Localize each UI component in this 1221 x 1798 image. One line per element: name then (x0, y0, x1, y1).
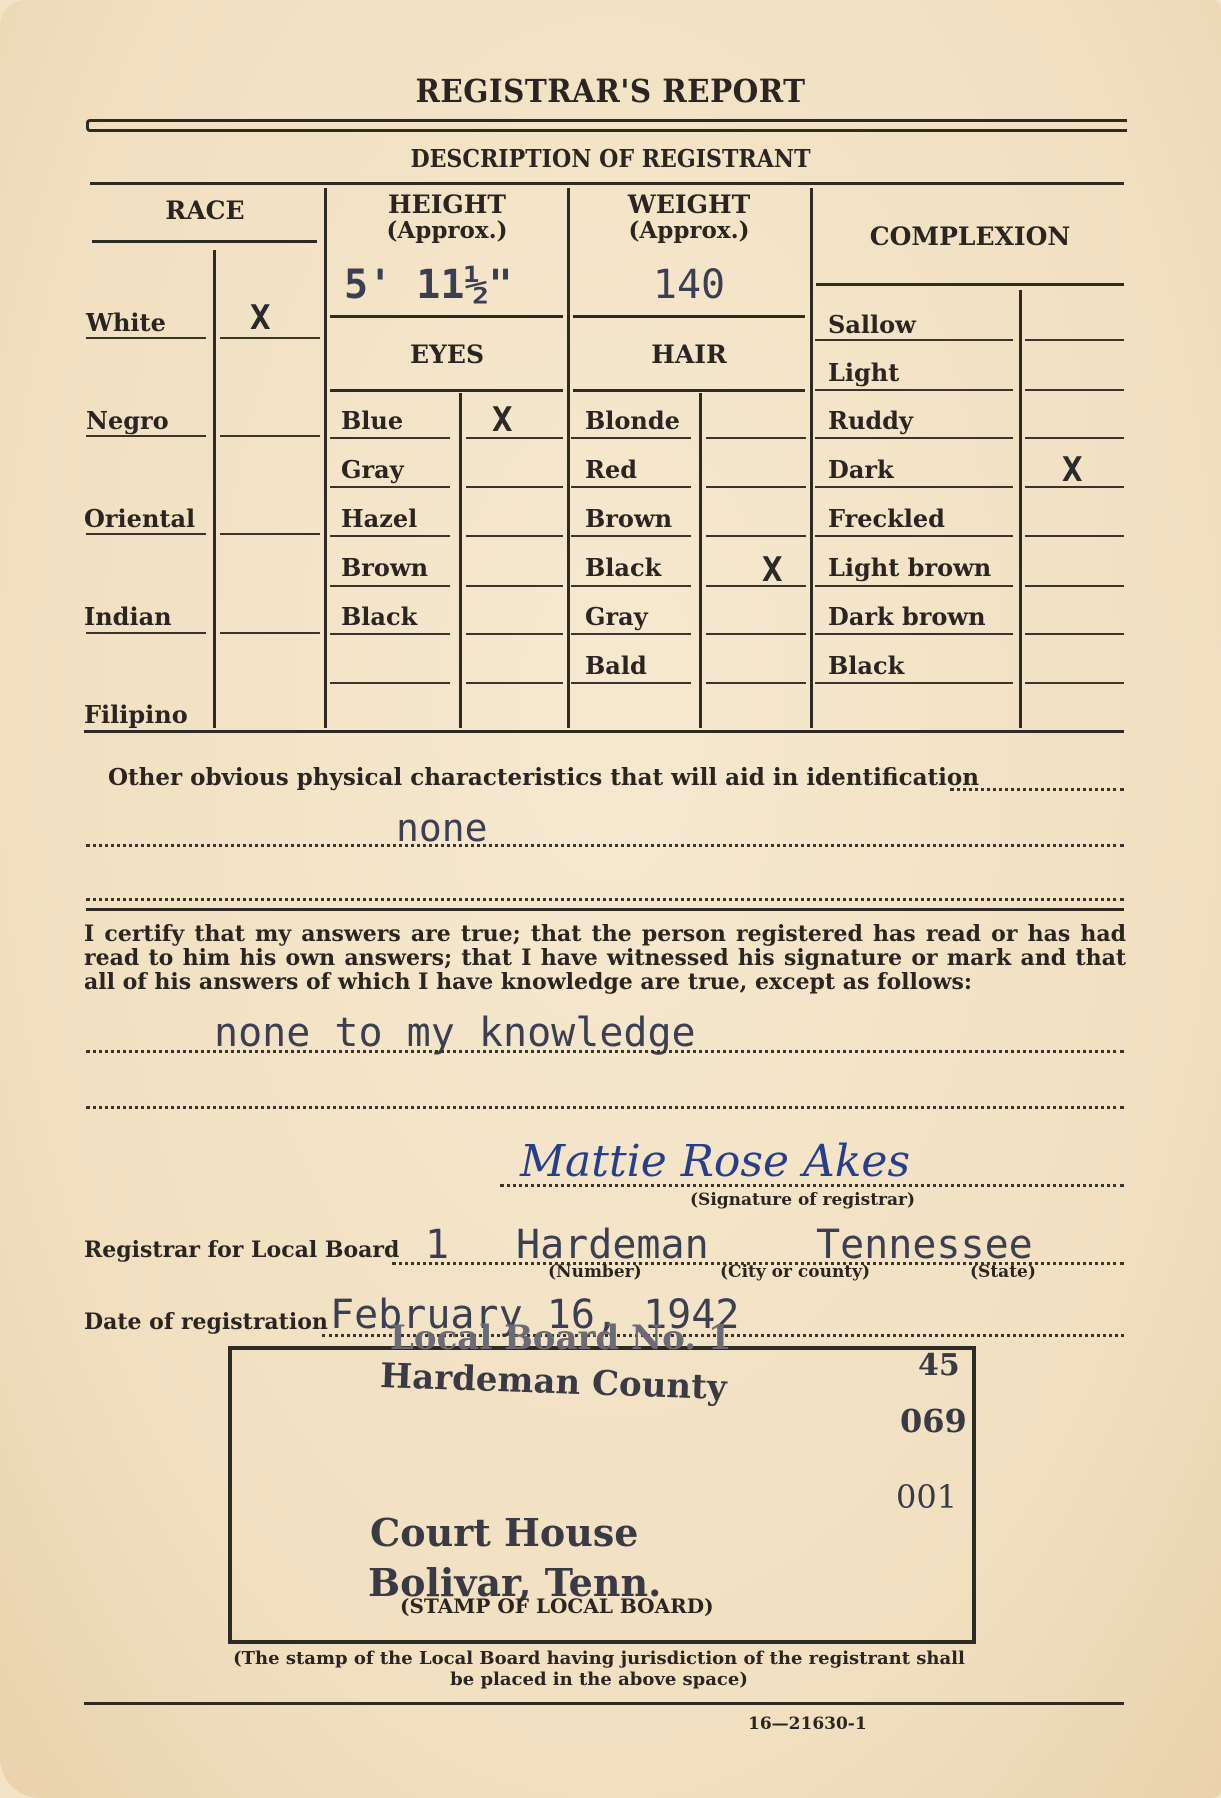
caption-state: (State) (970, 1262, 1036, 1282)
hair-option-black: Black (585, 553, 661, 582)
race-rule (86, 533, 206, 535)
race-rule (86, 632, 206, 634)
other-characteristics-label: Other obvious physical characteristics t… (108, 766, 979, 790)
stamp-code-3: 001 (896, 1478, 957, 1516)
title-double-rule (86, 119, 1127, 132)
hair-rule (571, 486, 691, 488)
complexion-rule (815, 389, 1013, 391)
race-option-indian: Indian (84, 602, 172, 631)
complexion-rule (815, 339, 1013, 341)
stamp-caption: (STAMP OF LOCAL BOARD) (400, 1594, 714, 1618)
table-bottom-rule (84, 730, 1124, 733)
complexion-rule (815, 682, 1013, 684)
eyes-rule (330, 633, 450, 635)
race-mark-rule (220, 435, 320, 437)
complexion-rule (815, 633, 1013, 635)
eyes-rule (330, 535, 450, 537)
eyes-rule (330, 682, 450, 684)
hair-mark-rule (706, 585, 806, 587)
stamp-code-1: 45 (918, 1348, 960, 1383)
height-value[interactable]: 5' 11½" (344, 262, 513, 308)
eyes-mark-rule (466, 535, 563, 537)
hair-mark-rule (706, 437, 806, 439)
height-rule (330, 315, 563, 318)
race-option-negro: Negro (86, 406, 169, 435)
complexion-rule (815, 535, 1013, 537)
table-top-rule (90, 182, 1124, 185)
eyes-mark-blue[interactable]: X (492, 400, 512, 440)
eyes-header: EYES (330, 342, 564, 368)
complexion-option-dark-brown: Dark brown (828, 602, 986, 631)
complexion-option-freckled: Freckled (828, 504, 945, 533)
eyes-mark-divider (459, 393, 462, 728)
other-line-1 (86, 844, 1124, 847)
hair-mark-rule (706, 633, 806, 635)
race-option-oriental: Oriental (84, 504, 195, 533)
complexion-option-black: Black (828, 651, 904, 680)
complexion-option-light-brown: Light brown (828, 553, 991, 582)
stamp-line-board: Local Board No. 1 (390, 1318, 732, 1358)
complexion-rule (815, 437, 1013, 439)
complexion-header: COMPLEXION (815, 224, 1125, 250)
exceptions-line-1 (86, 1050, 1124, 1053)
complexion-mark-rule (1025, 437, 1124, 439)
hair-option-gray: Gray (585, 602, 648, 631)
race-mark-rule (220, 632, 320, 634)
eyes-option-brown: Brown (341, 553, 428, 582)
other-label-dots (950, 788, 1124, 791)
eyes-option-black: Black (341, 602, 417, 631)
eyes-mark-rule (466, 437, 563, 439)
stamp-instruction: (The stamp of the Local Board having jur… (226, 1648, 972, 1690)
eyes-rule (330, 585, 450, 587)
race-option-filipino: Filipino (84, 700, 188, 729)
certification-text: I certify that my answers are true; that… (84, 922, 1126, 994)
eyes-option-hazel: Hazel (341, 504, 417, 533)
registration-card: REGISTRAR'S REPORT DESCRIPTION OF REGIST… (0, 0, 1221, 1798)
hair-rule (571, 535, 691, 537)
other-line-2 (86, 898, 1124, 901)
hair-rule (571, 633, 691, 635)
complexion-mark-rule (1025, 682, 1124, 684)
footer-rule (84, 1702, 1124, 1705)
eyes-mark-rule (466, 486, 563, 488)
complexion-mark-rule (1025, 339, 1124, 341)
weight-label: WEIGHT (628, 190, 750, 219)
complexion-mark-dark[interactable]: X (1062, 450, 1082, 490)
hair-mark-divider (699, 393, 702, 728)
registration-date-label: Date of registration (84, 1310, 328, 1334)
race-header: RACE (150, 198, 260, 224)
hair-header: HAIR (572, 342, 806, 368)
eyes-rule (330, 486, 450, 488)
complexion-option-sallow: Sallow (828, 310, 916, 339)
hair-rule (571, 682, 691, 684)
race-header-rule (92, 240, 317, 243)
hair-mark-black[interactable]: X (762, 550, 782, 590)
hair-option-blonde: Blonde (585, 406, 680, 435)
race-mark-rule (220, 533, 320, 535)
complexion-option-dark: Dark (828, 455, 894, 484)
caption-county: (City or county) (720, 1262, 870, 1282)
race-mark-divider (213, 250, 216, 728)
section-title: DESCRIPTION OF REGISTRANT (49, 144, 1172, 173)
eyes-option-gray: Gray (341, 455, 404, 484)
hair-mark-rule (706, 486, 806, 488)
complexion-mark-divider (1019, 290, 1022, 728)
signature-line (500, 1184, 1124, 1187)
caption-number: (Number) (548, 1262, 642, 1282)
stamp-code-2: 069 (900, 1402, 967, 1440)
complexion-mark-rule (1025, 389, 1124, 391)
hair-rule (571, 585, 691, 587)
eyes-header-rule (330, 389, 563, 392)
race-option-white: White (86, 308, 166, 337)
divider-height-weight (567, 188, 570, 728)
signature-caption: (Signature of registrar) (690, 1190, 915, 1210)
hair-option-red: Red (585, 455, 637, 484)
divider-weight-complexion (810, 188, 813, 728)
form-number: 16—21630-1 (748, 1714, 867, 1734)
hair-rule (571, 437, 691, 439)
complexion-mark-rule (1025, 585, 1124, 587)
hair-option-brown: Brown (585, 504, 672, 533)
exceptions-line-2 (86, 1106, 1124, 1109)
page-title: REGISTRAR'S REPORT (49, 72, 1172, 110)
height-header: HEIGHT (Approx.) (330, 192, 564, 244)
hair-option-bald: Bald (585, 651, 647, 680)
section-rule (86, 908, 1124, 911)
weight-header: WEIGHT (Approx.) (572, 192, 806, 244)
race-rule (86, 337, 206, 339)
weight-rule (573, 315, 805, 318)
hair-mark-rule (706, 535, 806, 537)
eyes-mark-rule (466, 682, 563, 684)
stamp-line-courthouse: Court House (370, 1510, 638, 1555)
hair-header-rule (573, 389, 805, 392)
complexion-header-rule (816, 283, 1124, 286)
hair-mark-rule (706, 682, 806, 684)
complexion-rule (815, 486, 1013, 488)
height-sub: (Approx.) (330, 218, 564, 244)
complexion-rule (815, 585, 1013, 587)
eyes-option-blue: Blue (341, 406, 403, 435)
eyes-mark-rule (466, 585, 563, 587)
complexion-option-light: Light (828, 358, 899, 387)
complexion-mark-rule (1025, 535, 1124, 537)
weight-value[interactable]: 140 (572, 262, 806, 308)
eyes-mark-rule (466, 633, 563, 635)
divider-race-height (324, 188, 327, 728)
eyes-rule (330, 437, 450, 439)
registrar-signature[interactable]: Mattie Rose Akes (520, 1136, 910, 1187)
race-mark-white[interactable]: X (250, 298, 270, 338)
complexion-mark-rule (1025, 633, 1124, 635)
complexion-mark-rule (1025, 486, 1124, 488)
race-rule (86, 435, 206, 437)
local-board-label: Registrar for Local Board (84, 1238, 399, 1262)
height-label: HEIGHT (388, 190, 506, 219)
complexion-option-ruddy: Ruddy (828, 406, 913, 435)
weight-sub: (Approx.) (572, 218, 806, 244)
